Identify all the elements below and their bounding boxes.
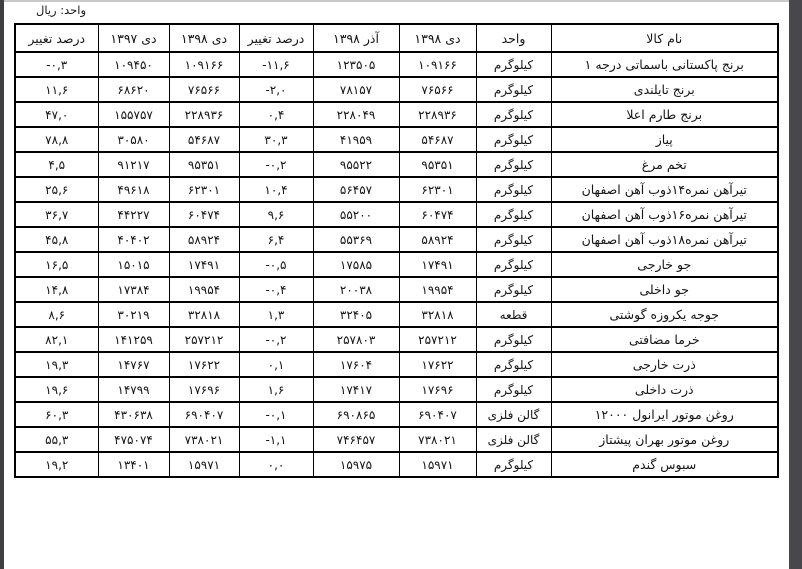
percent-change-year-cell: ۱۹,۲ bbox=[15, 452, 98, 477]
percent-change-year-cell: ۴,۵ bbox=[15, 152, 98, 177]
header-percent-change-year: درصد تغییر bbox=[15, 24, 98, 52]
item-name-cell: برنج پاکستانی باسماتی درجه ۱ bbox=[551, 52, 778, 77]
percent-change-year-cell: ۴۵,۸ bbox=[15, 227, 98, 252]
item-name-cell: جو خارجی bbox=[551, 252, 778, 277]
percent-change-month-cell: ۱,۶ bbox=[239, 377, 313, 402]
price-azar-1398-cell: ۱۷۶۰۴ bbox=[313, 352, 399, 377]
document-page: واحد: ریال نام کالا واحد دی ۱۳۹۸ آذر ۱۳۹… bbox=[0, 0, 802, 569]
price-dey-1398-yearly-cell: ۱۷۴۹۱ bbox=[169, 252, 239, 277]
header-row: نام کالا واحد دی ۱۳۹۸ آذر ۱۳۹۸ درصد تغیی… bbox=[15, 24, 778, 52]
percent-change-year-cell: ۳۶,۷ bbox=[15, 202, 98, 227]
table-row: روغن موتور بهران پیشتازگالن فلزی۷۳۸۰۲۱۷۴… bbox=[15, 427, 778, 452]
price-azar-1398-cell: ۹۵۵۲۲ bbox=[313, 152, 399, 177]
unit-cell: کیلوگرم bbox=[476, 352, 551, 377]
scan-edge-right bbox=[789, 0, 802, 569]
price-dey-1398-yearly-cell: ۱۷۶۹۶ bbox=[169, 377, 239, 402]
price-azar-1398-cell: ۲۵۷۸۰۳ bbox=[313, 327, 399, 352]
header-item-name: نام کالا bbox=[551, 24, 778, 52]
price-azar-1398-cell: ۵۵۲۰۰ bbox=[313, 202, 399, 227]
unit-cell: کیلوگرم bbox=[476, 277, 551, 302]
header-dey-1398: دی ۱۳۹۸ bbox=[399, 24, 476, 52]
percent-change-year-cell: ۶۰,۳ bbox=[15, 402, 98, 427]
percent-change-year-cell: ۸۲,۱ bbox=[15, 327, 98, 352]
price-dey-1398-cell: ۹۵۳۵۱ bbox=[399, 152, 476, 177]
item-name-cell: برنج تایلندی bbox=[551, 77, 778, 102]
price-dey-1397-cell: ۱۵۰۱۵ bbox=[98, 252, 169, 277]
unit-cell: کیلوگرم bbox=[476, 377, 551, 402]
price-dey-1397-cell: ۱۰۹۴۵۰ bbox=[98, 52, 169, 77]
table-row: تیرآهن نمره۱۴ذوب آهن اصفهانکیلوگرم۶۲۳۰۱۵… bbox=[15, 177, 778, 202]
price-azar-1398-cell: ۷۴۶۴۵۷ bbox=[313, 427, 399, 452]
table-row: جوجه یکروزه گوشتیقطعه۳۲۸۱۸۳۲۴۰۵۱,۳۳۲۸۱۸۳… bbox=[15, 302, 778, 327]
percent-change-month-cell: ۶,۴ bbox=[239, 227, 313, 252]
unit-cell: کیلوگرم bbox=[476, 227, 551, 252]
price-azar-1398-cell: ۲۲۸۰۴۹ bbox=[313, 102, 399, 127]
unit-cell: کیلوگرم bbox=[476, 52, 551, 77]
price-dey-1398-cell: ۷۶۵۶۶ bbox=[399, 77, 476, 102]
percent-change-month-cell: ۰,۱ bbox=[239, 352, 313, 377]
table-body: برنج پاکستانی باسماتی درجه ۱کیلوگرم۱۰۹۱۶… bbox=[15, 52, 778, 477]
price-dey-1398-yearly-cell: ۵۴۶۸۷ bbox=[169, 127, 239, 152]
price-dey-1398-yearly-cell: ۶۲۳۰۱ bbox=[169, 177, 239, 202]
price-dey-1397-cell: ۳۰۵۸۰ bbox=[98, 127, 169, 152]
percent-change-year-cell: ۴۷,۰ bbox=[15, 102, 98, 127]
unit-cell: کیلوگرم bbox=[476, 127, 551, 152]
table-row: برنج پاکستانی باسماتی درجه ۱کیلوگرم۱۰۹۱۶… bbox=[15, 52, 778, 77]
item-name-cell: تخم مرغ bbox=[551, 152, 778, 177]
unit-cell: کیلوگرم bbox=[476, 252, 551, 277]
price-dey-1398-cell: ۵۴۶۸۷ bbox=[399, 127, 476, 152]
price-azar-1398-cell: ۱۷۴۱۷ bbox=[313, 377, 399, 402]
price-dey-1397-cell: ۱۳۴۰۱ bbox=[98, 452, 169, 477]
price-dey-1397-cell: ۱۷۳۸۴ bbox=[98, 277, 169, 302]
percent-change-month-cell: -۲,۰ bbox=[239, 77, 313, 102]
price-dey-1398-cell: ۳۲۸۱۸ bbox=[399, 302, 476, 327]
price-dey-1398-cell: ۱۷۶۲۲ bbox=[399, 352, 476, 377]
scan-edge-left bbox=[0, 0, 4, 569]
item-name-cell: سبوس گندم bbox=[551, 452, 778, 477]
unit-cell: کیلوگرم bbox=[476, 202, 551, 227]
percent-change-month-cell: ۹,۶ bbox=[239, 202, 313, 227]
percent-change-month-cell: ۰,۴ bbox=[239, 102, 313, 127]
item-name-cell: تیرآهن نمره۱۸ذوب آهن اصفهان bbox=[551, 227, 778, 252]
percent-change-year-cell: ۱۱,۶ bbox=[15, 77, 98, 102]
header-dey-1398-yearly: دی ۱۳۹۸ bbox=[169, 24, 239, 52]
percent-change-month-cell: ۳۰,۳ bbox=[239, 127, 313, 152]
price-azar-1398-cell: ۲۰۰۳۸ bbox=[313, 277, 399, 302]
table-row: برنج تایلندیکیلوگرم۷۶۵۶۶۷۸۱۵۷-۲,۰۷۶۵۶۶۶۸… bbox=[15, 77, 778, 102]
price-azar-1398-cell: ۵۵۳۶۹ bbox=[313, 227, 399, 252]
table-row: تیرآهن نمره۱۶ذوب آهن اصفهانکیلوگرم۶۰۴۷۴۵… bbox=[15, 202, 778, 227]
percent-change-year-cell: -۰,۳ bbox=[15, 52, 98, 77]
price-dey-1398-yearly-cell: ۵۸۹۲۴ bbox=[169, 227, 239, 252]
price-dey-1398-cell: ۷۳۸۰۲۱ bbox=[399, 427, 476, 452]
price-dey-1397-cell: ۶۸۶۲۰ bbox=[98, 77, 169, 102]
price-dey-1398-cell: ۱۵۹۷۱ bbox=[399, 452, 476, 477]
unit-cell: کیلوگرم bbox=[476, 452, 551, 477]
price-dey-1397-cell: ۹۱۲۱۷ bbox=[98, 152, 169, 177]
percent-change-month-cell: -۰,۱ bbox=[239, 402, 313, 427]
price-dey-1397-cell: ۴۹۶۱۸ bbox=[98, 177, 169, 202]
percent-change-year-cell: ۱۹,۳ bbox=[15, 352, 98, 377]
price-azar-1398-cell: ۶۹۰۸۶۵ bbox=[313, 402, 399, 427]
price-azar-1398-cell: ۵۶۴۵۷ bbox=[313, 177, 399, 202]
item-name-cell: روغن موتور ایرانول ۱۲۰۰۰ bbox=[551, 402, 778, 427]
item-name-cell: خرما مضافتی bbox=[551, 327, 778, 352]
item-name-cell: روغن موتور بهران پیشتاز bbox=[551, 427, 778, 452]
price-azar-1398-cell: ۴۱۹۵۹ bbox=[313, 127, 399, 152]
percent-change-month-cell: -۰,۵ bbox=[239, 252, 313, 277]
unit-cell: گالن فلزی bbox=[476, 427, 551, 452]
table-row: ذرت داخلیکیلوگرم۱۷۶۹۶۱۷۴۱۷۱,۶۱۷۶۹۶۱۴۷۹۹۱… bbox=[15, 377, 778, 402]
price-dey-1398-yearly-cell: ۱۰۹۱۶۶ bbox=[169, 52, 239, 77]
percent-change-month-cell: -۰,۲ bbox=[239, 327, 313, 352]
price-dey-1398-cell: ۱۹۹۵۴ bbox=[399, 277, 476, 302]
table-row: تیرآهن نمره۱۸ذوب آهن اصفهانکیلوگرم۵۸۹۲۴۵… bbox=[15, 227, 778, 252]
table-row: جو خارجیکیلوگرم۱۷۴۹۱۱۷۵۸۵-۰,۵۱۷۴۹۱۱۵۰۱۵۱… bbox=[15, 252, 778, 277]
price-dey-1397-cell: ۳۰۲۱۹ bbox=[98, 302, 169, 327]
price-dey-1398-yearly-cell: ۲۲۸۹۳۶ bbox=[169, 102, 239, 127]
price-dey-1398-yearly-cell: ۶۰۴۷۴ bbox=[169, 202, 239, 227]
item-name-cell: تیرآهن نمره۱۶ذوب آهن اصفهان bbox=[551, 202, 778, 227]
price-dey-1398-cell: ۶۹۰۴۰۷ bbox=[399, 402, 476, 427]
price-dey-1397-cell: ۱۵۵۷۵۷ bbox=[98, 102, 169, 127]
unit-cell: کیلوگرم bbox=[476, 152, 551, 177]
header-unit: واحد bbox=[476, 24, 551, 52]
unit-cell: کیلوگرم bbox=[476, 77, 551, 102]
table-row: ذرت خارجیکیلوگرم۱۷۶۲۲۱۷۶۰۴۰,۱۱۷۶۲۲۱۴۷۶۷۱… bbox=[15, 352, 778, 377]
percent-change-year-cell: ۲۵,۶ bbox=[15, 177, 98, 202]
item-name-cell: جوجه یکروزه گوشتی bbox=[551, 302, 778, 327]
percent-change-year-cell: ۸,۶ bbox=[15, 302, 98, 327]
price-dey-1398-yearly-cell: ۲۵۷۲۱۲ bbox=[169, 327, 239, 352]
price-dey-1397-cell: ۱۴۱۲۵۹ bbox=[98, 327, 169, 352]
table-row: پیازکیلوگرم۵۴۶۸۷۴۱۹۵۹۳۰,۳۵۴۶۸۷۳۰۵۸۰۷۸,۸ bbox=[15, 127, 778, 152]
unit-cell: گالن فلزی bbox=[476, 402, 551, 427]
percent-change-month-cell: -۱۱,۶ bbox=[239, 52, 313, 77]
scan-edge-top bbox=[0, 0, 802, 2]
price-dey-1398-cell: ۶۰۴۷۴ bbox=[399, 202, 476, 227]
price-dey-1397-cell: ۴۰۴۰۲ bbox=[98, 227, 169, 252]
price-dey-1398-yearly-cell: ۳۲۸۱۸ bbox=[169, 302, 239, 327]
price-dey-1398-yearly-cell: ۷۳۸۰۲۱ bbox=[169, 427, 239, 452]
price-dey-1397-cell: ۴۷۵۰۷۴ bbox=[98, 427, 169, 452]
table-row: جو داخلیکیلوگرم۱۹۹۵۴۲۰۰۳۸-۰,۴۱۹۹۵۴۱۷۳۸۴۱… bbox=[15, 277, 778, 302]
percent-change-month-cell: -۱,۱ bbox=[239, 427, 313, 452]
percent-change-year-cell: ۷۸,۸ bbox=[15, 127, 98, 152]
percent-change-month-cell: ۱,۳ bbox=[239, 302, 313, 327]
price-dey-1398-cell: ۱۷۴۹۱ bbox=[399, 252, 476, 277]
price-dey-1398-yearly-cell: ۷۶۵۶۶ bbox=[169, 77, 239, 102]
percent-change-month-cell: -۰,۴ bbox=[239, 277, 313, 302]
price-dey-1398-yearly-cell: ۱۹۹۵۴ bbox=[169, 277, 239, 302]
price-azar-1398-cell: ۷۸۱۵۷ bbox=[313, 77, 399, 102]
unit-label: واحد: ریال bbox=[36, 3, 86, 17]
table-row: برنج طارم اعلاکیلوگرم۲۲۸۹۳۶۲۲۸۰۴۹۰,۴۲۲۸۹… bbox=[15, 102, 778, 127]
header-azar-1398: آذر ۱۳۹۸ bbox=[313, 24, 399, 52]
unit-cell: قطعه bbox=[476, 302, 551, 327]
price-dey-1398-cell: ۶۲۳۰۱ bbox=[399, 177, 476, 202]
item-name-cell: پیاز bbox=[551, 127, 778, 152]
price-dey-1398-cell: ۲۵۷۲۱۲ bbox=[399, 327, 476, 352]
percent-change-month-cell: -۰,۲ bbox=[239, 152, 313, 177]
price-dey-1398-yearly-cell: ۶۹۰۴۰۷ bbox=[169, 402, 239, 427]
percent-change-year-cell: ۱۶,۵ bbox=[15, 252, 98, 277]
item-name-cell: ذرت داخلی bbox=[551, 377, 778, 402]
percent-change-year-cell: ۵۵,۳ bbox=[15, 427, 98, 452]
price-dey-1398-yearly-cell: ۱۵۹۷۱ bbox=[169, 452, 239, 477]
price-dey-1398-yearly-cell: ۱۷۶۲۲ bbox=[169, 352, 239, 377]
price-dey-1398-cell: ۵۸۹۲۴ bbox=[399, 227, 476, 252]
header-percent-change-month: درصد تغییر bbox=[239, 24, 313, 52]
price-azar-1398-cell: ۳۲۴۰۵ bbox=[313, 302, 399, 327]
percent-change-month-cell: ۱۰,۴ bbox=[239, 177, 313, 202]
price-dey-1398-cell: ۱۷۶۹۶ bbox=[399, 377, 476, 402]
percent-change-year-cell: ۱۴,۸ bbox=[15, 277, 98, 302]
price-dey-1397-cell: ۱۴۷۹۹ bbox=[98, 377, 169, 402]
price-dey-1398-cell: ۱۰۹۱۶۶ bbox=[399, 52, 476, 77]
price-table: نام کالا واحد دی ۱۳۹۸ آذر ۱۳۹۸ درصد تغیی… bbox=[14, 23, 779, 478]
unit-cell: کیلوگرم bbox=[476, 102, 551, 127]
table-row: سبوس گندمکیلوگرم۱۵۹۷۱۱۵۹۷۵۰,۰۱۵۹۷۱۱۳۴۰۱۱… bbox=[15, 452, 778, 477]
item-name-cell: ذرت خارجی bbox=[551, 352, 778, 377]
header-dey-1397: دی ۱۳۹۷ bbox=[98, 24, 169, 52]
table-row: خرما مضافتیکیلوگرم۲۵۷۲۱۲۲۵۷۸۰۳-۰,۲۲۵۷۲۱۲… bbox=[15, 327, 778, 352]
unit-cell: کیلوگرم bbox=[476, 327, 551, 352]
percent-change-year-cell: ۱۹,۶ bbox=[15, 377, 98, 402]
table-row: تخم مرغکیلوگرم۹۵۳۵۱۹۵۵۲۲-۰,۲۹۵۳۵۱۹۱۲۱۷۴,… bbox=[15, 152, 778, 177]
item-name-cell: برنج طارم اعلا bbox=[551, 102, 778, 127]
price-dey-1398-cell: ۲۲۸۹۳۶ bbox=[399, 102, 476, 127]
price-dey-1397-cell: ۴۳۰۶۳۸ bbox=[98, 402, 169, 427]
price-azar-1398-cell: ۱۲۳۵۰۵ bbox=[313, 52, 399, 77]
price-dey-1397-cell: ۱۴۷۶۷ bbox=[98, 352, 169, 377]
item-name-cell: تیرآهن نمره۱۴ذوب آهن اصفهان bbox=[551, 177, 778, 202]
percent-change-month-cell: ۰,۰ bbox=[239, 452, 313, 477]
unit-cell: کیلوگرم bbox=[476, 177, 551, 202]
item-name-cell: جو داخلی bbox=[551, 277, 778, 302]
price-dey-1397-cell: ۴۴۲۲۷ bbox=[98, 202, 169, 227]
price-azar-1398-cell: ۱۵۹۷۵ bbox=[313, 452, 399, 477]
price-dey-1398-yearly-cell: ۹۵۳۵۱ bbox=[169, 152, 239, 177]
price-azar-1398-cell: ۱۷۵۸۵ bbox=[313, 252, 399, 277]
table-row: روغن موتور ایرانول ۱۲۰۰۰گالن فلزی۶۹۰۴۰۷۶… bbox=[15, 402, 778, 427]
